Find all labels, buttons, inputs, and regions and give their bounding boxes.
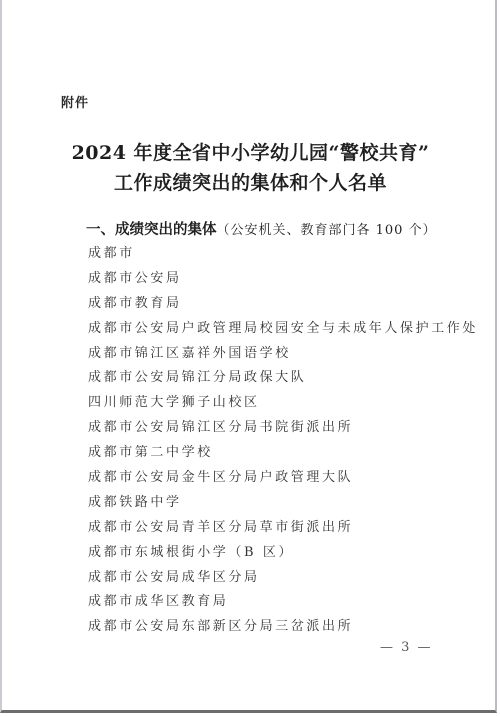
list-item: 成都市公安局东部新区分局三岔派出所 xyxy=(88,615,478,640)
section-heading-note: （公安机关、教育部门各 100 个） xyxy=(217,223,437,238)
list-item: 成都市第二中学校 xyxy=(88,441,478,466)
page-number: — 3 — xyxy=(380,640,433,655)
list-item: 成都市 xyxy=(88,242,478,267)
document-title-line-1: 2024 年度全省中小学幼儿园“警校共育” xyxy=(2,138,499,165)
list-item: 四川师范大学狮子山校区 xyxy=(88,391,478,416)
list-item: 成都铁路中学 xyxy=(88,491,478,516)
section-heading: 一、成绩突出的集体（公安机关、教育部门各 100 个） xyxy=(86,218,437,239)
list-item: 成都市公安局户政管理局校园安全与未成年人保护工作处 xyxy=(88,317,478,342)
list-item: 成都市成华区教育局 xyxy=(88,590,478,615)
list-item: 成都市公安局金牛区分局户政管理大队 xyxy=(88,466,478,491)
document-page: 附件 2024 年度全省中小学幼儿园“警校共育” 工作成绩突出的集体和个人名单 … xyxy=(0,0,497,713)
list-item: 成都市锦江区嘉祥外国语学校 xyxy=(88,342,478,367)
list-item: 成都市公安局锦江分局政保大队 xyxy=(88,366,478,391)
list-item: 成都市公安局 xyxy=(88,267,478,292)
attachment-label: 附件 xyxy=(61,92,89,111)
list-item: 成都市公安局成华区分局 xyxy=(88,566,478,591)
list-item: 成都市教育局 xyxy=(88,292,478,317)
list-item: 成都市公安局青羊区分局草市街派出所 xyxy=(88,516,478,541)
section-heading-title: 一、成绩突出的集体 xyxy=(86,222,217,238)
collective-list: 成都市 成都市公安局 成都市教育局 成都市公安局户政管理局校园安全与未成年人保护… xyxy=(88,242,478,640)
document-title-line-2: 工作成绩突出的集体和个人名单 xyxy=(2,168,499,195)
list-item: 成都市公安局锦江区分局书院街派出所 xyxy=(88,416,478,441)
list-item: 成都市东城根街小学（B 区） xyxy=(88,541,478,566)
